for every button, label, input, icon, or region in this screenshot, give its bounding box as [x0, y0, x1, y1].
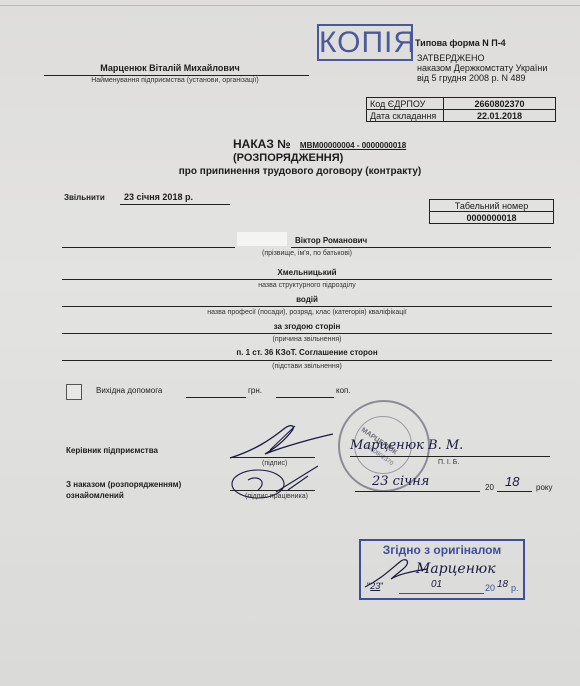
codes-table: Код ЄДРПОУ 2660802370 Дата складання 22.…	[366, 97, 556, 122]
dismiss-date-underline	[120, 204, 230, 205]
head-label: Керівник підприємства	[66, 446, 158, 455]
profession-caption: назва професії (посади), розряд, клас (к…	[62, 309, 552, 316]
original-month-line	[399, 593, 484, 594]
table-row: Табельний номер	[430, 200, 554, 212]
approved-by: наказом Держкомстату України	[417, 63, 547, 73]
severance-label: Вихідна допомога	[96, 386, 162, 395]
table-row: 0000000018	[430, 212, 554, 224]
basis-underline	[62, 360, 552, 361]
original-year-prefix: 20	[485, 583, 495, 593]
basis-value: п. 1 ст. 36 КЗоТ. Соглашение сторон	[62, 348, 552, 357]
severance-checkbox[interactable]	[66, 384, 82, 400]
head-name-line	[350, 456, 550, 457]
severance-uah: грн.	[248, 386, 262, 395]
year-suffix: року	[536, 483, 553, 492]
edrpou-value: 2660802370	[444, 98, 556, 110]
reason-underline	[62, 333, 552, 334]
table-row: Дата складання 22.01.2018	[367, 110, 556, 122]
reason-value: за згодою сторін	[62, 322, 552, 331]
severance-kop: коп.	[336, 386, 351, 395]
document-page: Марценюк Віталій Михайлович Найменування…	[0, 0, 580, 686]
date-label: Дата складання	[367, 110, 444, 122]
order-subtitle: (РОЗПОРЯДЖЕННЯ)	[233, 152, 343, 164]
original-stamp: Згідно з оригіналом Марценюк "23" 01 20 …	[359, 539, 525, 600]
reason-caption: (причина звільнення)	[62, 336, 552, 343]
organization-caption: Найменування підприємства (установи, орг…	[40, 77, 310, 84]
original-year: 18	[497, 579, 508, 590]
year-prefix: 20	[485, 483, 494, 492]
year-line	[497, 491, 532, 492]
order-description: про припинення трудового договору (контр…	[150, 166, 450, 177]
personnel-number-value: 0000000018	[430, 212, 554, 224]
acquainted-label-1: З наказом (розпорядженням)	[66, 480, 181, 489]
dismiss-label: Звільнити	[64, 193, 105, 202]
name-underline-left	[62, 247, 235, 248]
dismiss-date: 23 січня 2018 р.	[124, 192, 193, 202]
employee-name: Віктор Романович	[295, 236, 367, 245]
redacted-surname	[237, 232, 287, 246]
organization-underline	[44, 75, 309, 76]
form-title: Типова форма N П-4	[415, 38, 506, 48]
name-caption: (прізвище, ім'я, по батькові)	[62, 250, 552, 257]
order-title: НАКАЗ № МВМ00000004 - 0000000018	[233, 137, 406, 151]
head-name-caption: П. І. Б.	[438, 459, 459, 466]
name-underline-right	[291, 247, 551, 248]
fold-line	[0, 5, 580, 6]
copy-stamp: КОПІЯ	[317, 24, 413, 61]
profession-value: водій	[62, 295, 552, 304]
organization-name: Марценюк Віталій Михайлович	[40, 63, 300, 73]
basis-caption: (підстави звільнення)	[62, 363, 552, 370]
year-handwritten: 18	[505, 474, 519, 489]
table-row: Код ЄДРПОУ 2660802370	[367, 98, 556, 110]
acquainted-date-handwritten: 23 січня	[372, 474, 429, 489]
date-value: 22.01.2018	[444, 110, 556, 122]
department-underline	[62, 279, 552, 280]
approved-label: ЗАТВЕРДЖЕНО	[417, 53, 485, 63]
order-title-prefix: НАКАЗ №	[233, 137, 291, 151]
department-value: Хмельницький	[62, 268, 552, 277]
edrpou-label: Код ЄДРПОУ	[367, 98, 444, 110]
head-name-handwritten: Марценюк В. М.	[350, 438, 463, 453]
department-caption: назва структурного підрозділу	[62, 282, 552, 289]
acquainted-date-line	[355, 491, 480, 492]
personnel-number-table: Табельний номер 0000000018	[429, 199, 554, 224]
approved-date: від 5 грудня 2008 р. N 489	[417, 73, 526, 83]
original-stamp-month: 01	[431, 579, 442, 590]
severance-uah-line	[186, 397, 246, 398]
original-suffix: р.	[511, 583, 519, 593]
acquainted-label-2: ознайомлений	[66, 491, 124, 500]
order-number: МВМ00000004 - 0000000018	[300, 141, 406, 150]
original-day-value: 23	[370, 581, 380, 591]
severance-kop-line	[276, 397, 334, 398]
head-signature-icon	[225, 420, 335, 465]
personnel-number-label: Табельний номер	[430, 200, 554, 212]
head-signature-line	[230, 457, 315, 458]
employee-signature-caption: (підпис працівника)	[245, 493, 308, 500]
profession-underline	[62, 306, 552, 307]
original-stamp-day: "23"	[367, 581, 383, 591]
employee-signature-line	[230, 490, 315, 491]
